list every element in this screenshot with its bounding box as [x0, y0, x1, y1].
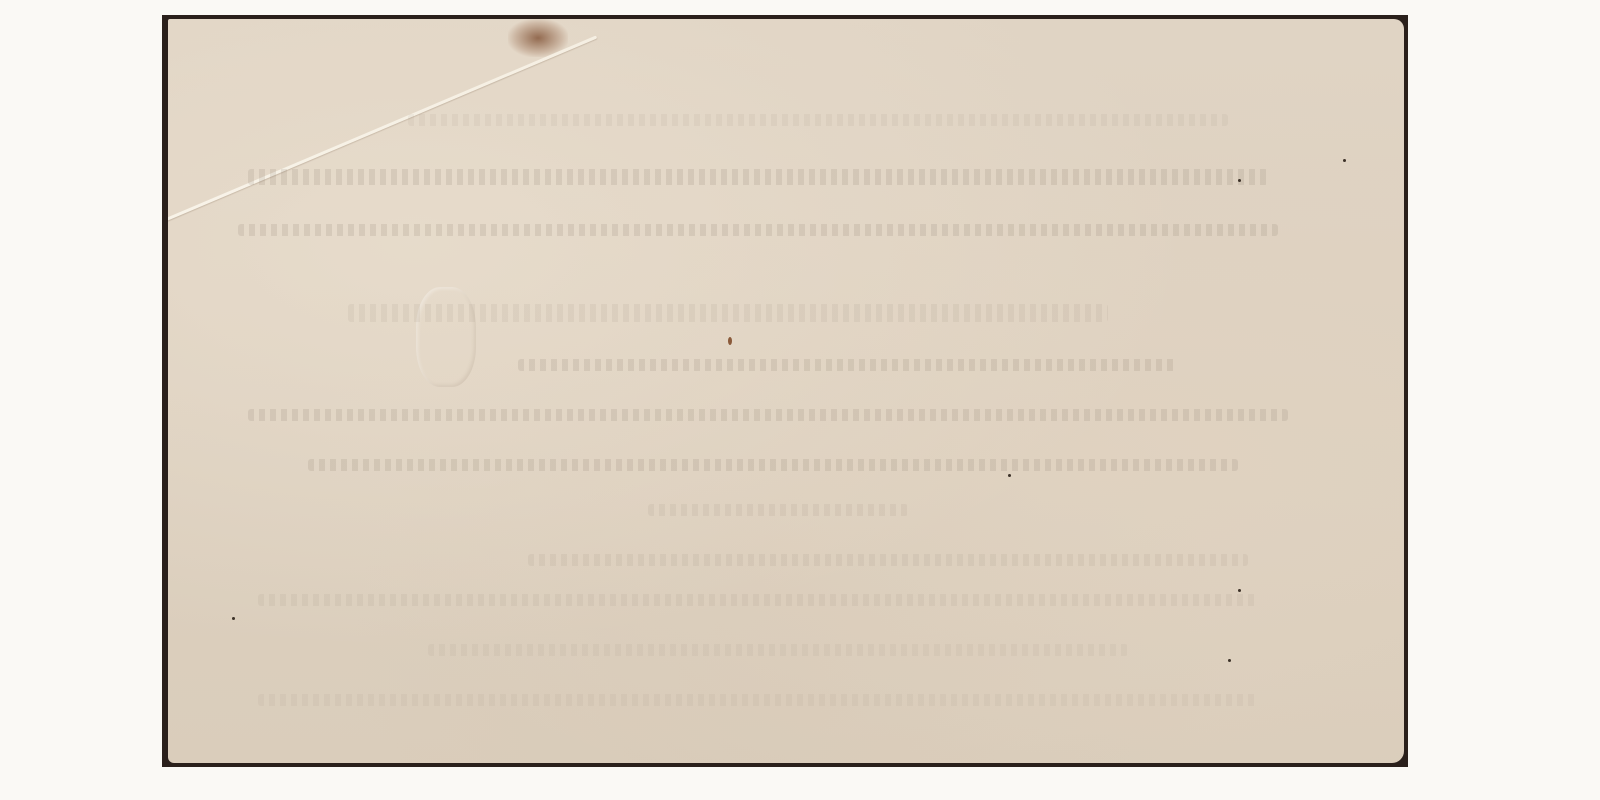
show-through-text-line — [308, 459, 1238, 471]
show-through-text-line — [428, 644, 1128, 656]
show-through-text-line — [348, 304, 1108, 322]
paper-crease — [168, 35, 597, 221]
show-through-text-line — [248, 169, 1268, 185]
show-through-text-line — [258, 694, 1258, 706]
speck — [1008, 474, 1011, 477]
speck — [1228, 659, 1231, 662]
speck — [232, 617, 235, 620]
paper-card — [168, 19, 1404, 763]
speck — [1343, 159, 1346, 162]
show-through-text-line — [248, 409, 1288, 421]
show-through-text-line — [648, 504, 908, 516]
speck — [1238, 179, 1241, 182]
embossed-seal — [416, 287, 476, 387]
speck — [728, 337, 732, 345]
show-through-text-line — [238, 224, 1278, 236]
show-through-text-line — [518, 359, 1178, 371]
show-through-text-line — [408, 114, 1228, 126]
show-through-text-line — [258, 594, 1258, 606]
show-through-text-line — [528, 554, 1248, 566]
speck — [1238, 589, 1241, 592]
